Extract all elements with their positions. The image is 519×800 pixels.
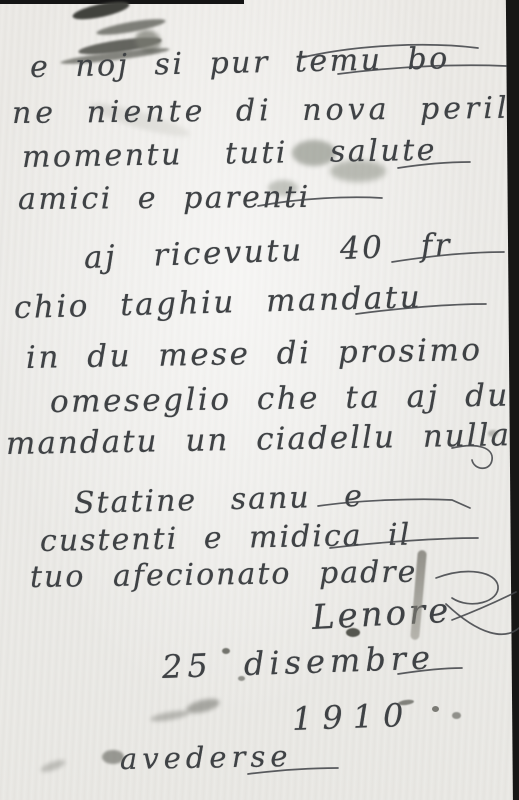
letter-scan: e noj si pur temu bo ne niente di nova p… <box>0 0 519 800</box>
ink-speck <box>222 648 230 654</box>
letter-line: momentu tuti salute <box>22 133 438 175</box>
farewell: avederse <box>120 739 293 776</box>
date-line: 25 disembre <box>161 638 435 686</box>
letter-line: aj ricevutu 40 fr <box>83 227 452 276</box>
letter-line: amici e parenti <box>18 180 311 217</box>
letter-line: mandatu un ciadellu nulla <box>6 417 512 462</box>
letter-line: chio taghiu mandatu <box>14 279 423 326</box>
year: 1910 <box>291 696 414 738</box>
signature: Lenore <box>311 591 452 638</box>
ink-speck <box>39 758 66 774</box>
ink-speck <box>488 430 498 437</box>
ink-speck <box>185 696 221 716</box>
letter-line: ne niente di nova peril <box>12 91 511 131</box>
ink-speck <box>150 709 191 724</box>
letter-line: custenti e midica il <box>40 518 412 559</box>
letter-line: e noj si pur temu bo <box>30 41 450 85</box>
letter-line: omeseglio che ta aj du <box>50 378 510 420</box>
letter-line: tuo afecionato padre <box>30 555 418 595</box>
letter-line: Statine sanu e <box>74 479 365 521</box>
ink-speck <box>238 676 245 681</box>
ink-speck <box>346 628 360 637</box>
ink-speck <box>432 706 439 712</box>
letter-line: in du mese di prosimo <box>26 332 483 376</box>
ink-speck <box>102 750 124 764</box>
ink-speck <box>452 712 461 719</box>
